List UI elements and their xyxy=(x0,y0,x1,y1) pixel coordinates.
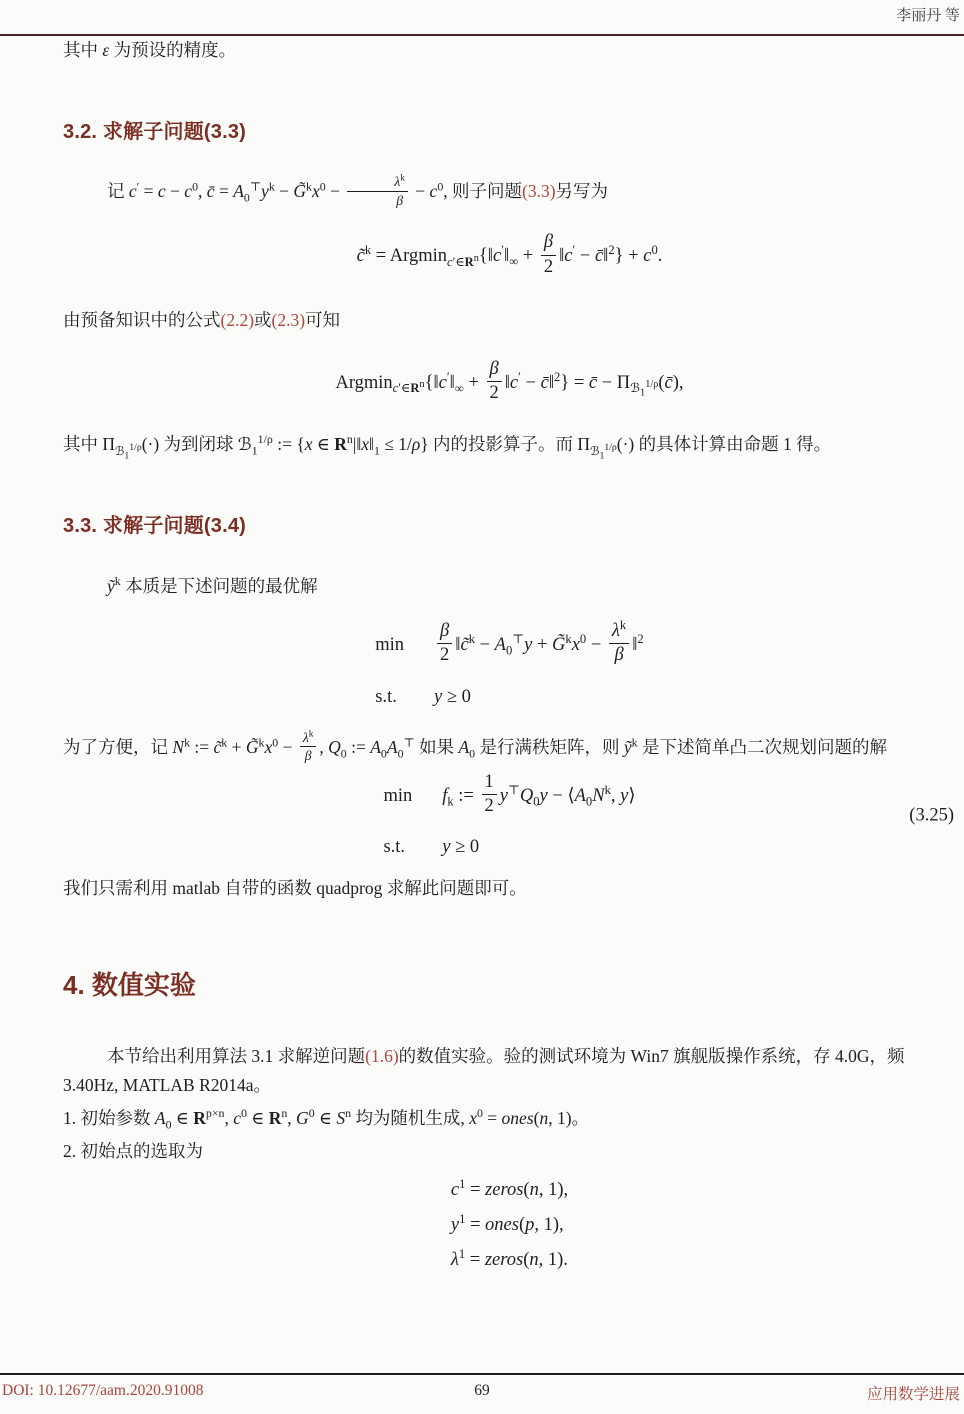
page-number: 69 xyxy=(474,1382,490,1400)
intro-paragraph: 其中 ε 为预设的精度。 xyxy=(63,36,956,65)
min-keyword: min xyxy=(375,635,404,656)
section-4-heading: 4. 数值实验 xyxy=(63,965,956,1002)
equation-argmin-projection: Argminc′∈Rn{‖c′‖∞ + β2‖c′ − c̄‖2} = c̄ −… xyxy=(63,361,956,407)
section-3-2-heading: 3.2. 求解子问题(3.3) xyxy=(63,115,956,144)
paragraph-formula-ref: 由预备知识中的公式(2.2)或(2.3)可知 xyxy=(63,306,956,335)
equation-min-problem-2: min fk := 12y⊤Q0y − ⟨A0Nk, y⟩ s.t. y ≥ 0… xyxy=(63,774,956,859)
paragraph-def-cbar: 记 c′ = c − c0, c̄ = A0⊤yk − G̃kx0 − λkβ … xyxy=(63,176,956,210)
st-keyword: s.t. xyxy=(375,687,404,708)
equation-min-problem-1: min β2‖c̃k − A0⊤y + G̃kx0 − λkβ‖2 s.t. y… xyxy=(63,623,956,708)
list-item-initial-points: 2. 初始点的选取为 xyxy=(63,1137,956,1166)
eq-ref-2-3[interactable]: (2.3) xyxy=(272,310,306,330)
equation-argmin-ck: c̃k = Argminc′∈Rn{‖c′‖∞ + β2‖c′ − c̄‖2} … xyxy=(63,234,956,280)
equation-line-lambda1: λ1 = zeros(n, 1). xyxy=(451,1250,568,1271)
equation-initial-values: c1 = zeros(n, 1), y1 = ones(p, 1), λ1 = … xyxy=(63,1166,956,1285)
equation-line-y1: y1 = ones(p, 1), xyxy=(451,1215,568,1236)
eq-ref-3-3[interactable]: (3.3) xyxy=(522,181,556,201)
equation-number-3-25: (3.25) xyxy=(909,806,954,827)
paragraph-experiment-setup: 本节给出利用算法 3.1 求解逆问题(1.6)的数值实验。验的测试环境为 Win… xyxy=(63,1042,956,1100)
section-3-3-heading: 3.3. 求解子问题(3.4) xyxy=(63,509,956,538)
min-objective: β2‖c̃k − A0⊤y + G̃kx0 − λkβ‖2 xyxy=(434,623,644,669)
page-header: 李丽丹 等 xyxy=(0,0,964,25)
st-constraint: y ≥ 0 xyxy=(442,837,635,858)
min-keyword: min xyxy=(383,786,412,807)
equation-line-c1: c1 = zeros(n, 1), xyxy=(451,1180,568,1201)
paragraph-yk-optimal: ỹk 本质是下述问题的最优解 xyxy=(63,572,956,601)
eq-ref-2-2[interactable]: (2.2) xyxy=(221,310,255,330)
paragraph-quadprog: 我们只需利用 matlab 自带的函数 quadprog 求解此问题即可。 xyxy=(63,874,956,903)
list-item-initial-params: 1. 初始参数 A0 ∈ Rp×n, c0 ∈ Rn, G0 ∈ Sn 均为随机… xyxy=(63,1104,956,1133)
journal-name: 应用数学进展 xyxy=(867,1382,960,1404)
doi-link[interactable]: DOI: 10.12677/aam.2020.91008 xyxy=(2,1382,203,1404)
st-keyword: s.t. xyxy=(383,837,412,858)
page-footer: DOI: 10.12677/aam.2020.91008 69 应用数学进展 xyxy=(0,1373,964,1414)
paragraph-projection-operator: 其中 Πℬ11/ρ(·) 为到闭球 ℬ11/ρ := {x ∈ Rn|‖x‖1 … xyxy=(63,430,956,459)
paper-page: 李丽丹 等 其中 ε 为预设的精度。 3.2. 求解子问题(3.3) 记 c′ … xyxy=(0,0,964,1414)
st-constraint: y ≥ 0 xyxy=(434,687,644,708)
page-body: 其中 ε 为预设的精度。 3.2. 求解子问题(3.3) 记 c′ = c − … xyxy=(0,36,964,1285)
paragraph-qp-definition: 为了方便，记 Nk := c̃k + G̃kx0 − λkβ, Q0 := A0… xyxy=(63,732,956,766)
eq-ref-1-6[interactable]: (1.6) xyxy=(365,1046,399,1066)
running-author: 李丽丹 等 xyxy=(896,8,960,24)
min-objective: fk := 12y⊤Q0y − ⟨A0Nk, y⟩ xyxy=(442,774,635,820)
